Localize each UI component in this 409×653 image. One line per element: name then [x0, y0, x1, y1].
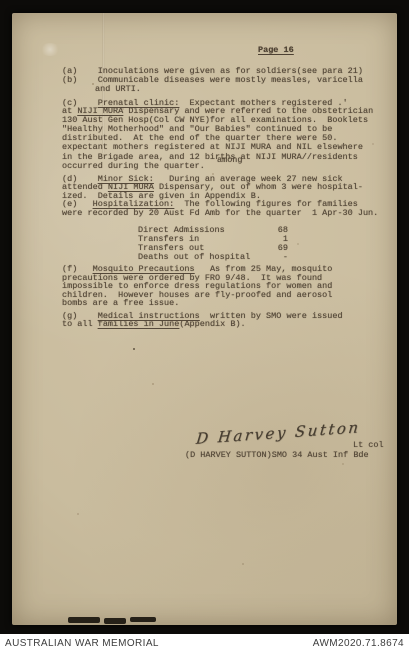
page-edge-fragment: [68, 617, 100, 623]
photo-background: Page 16 (a) Inoculations were given as f…: [0, 0, 409, 634]
accession-number: AWM2020.71.8674: [313, 638, 404, 649]
para-g-line2: to all families in June(Appendix B).: [62, 320, 246, 329]
para-f-line5: bombs are a free issue.: [62, 299, 179, 308]
page-number: Page 16: [258, 46, 294, 55]
para-c-line6: expectant mothers registered at NIJI MUR…: [62, 143, 363, 152]
page-edge-fragment: [130, 617, 156, 622]
ink-speck: [133, 348, 135, 350]
handwritten-signature: D Harvey Sutton: [195, 418, 361, 448]
page-edge-fragment: [104, 618, 126, 624]
para-g-line2-text: (Appendix B).: [179, 319, 245, 329]
archive-name: AUSTRALIAN WAR MEMORIAL: [5, 638, 159, 649]
archive-caption-bar: AUSTRALIAN WAR MEMORIAL AWM2020.71.8674: [0, 634, 409, 653]
para-b-line2: and URTI.: [95, 85, 141, 94]
inserted-word-among: among: [217, 156, 243, 165]
paper-blemish: [40, 43, 60, 56]
page-number-text: Page 16: [258, 45, 294, 55]
table-row-deaths: Deaths out of hospital-: [138, 253, 288, 262]
para-g-line2-pre: to all: [62, 319, 98, 329]
signature-typed-name: (D HARVEY SUTTON)SMO 34 Aust Inf Bde: [185, 451, 369, 460]
para-e-line2: were recorded by 20 Aust Fd Amb for the …: [62, 209, 378, 218]
table-label: Deaths out of hospital: [138, 253, 250, 262]
para-g-line2-underlined: families in June: [98, 319, 180, 329]
table-value: -: [283, 253, 288, 262]
signature-rank: Lt col: [353, 441, 384, 450]
document-page: Page 16 (a) Inoculations were given as f…: [12, 13, 397, 625]
para-c-line8: occurred during the quarter.: [62, 162, 205, 171]
